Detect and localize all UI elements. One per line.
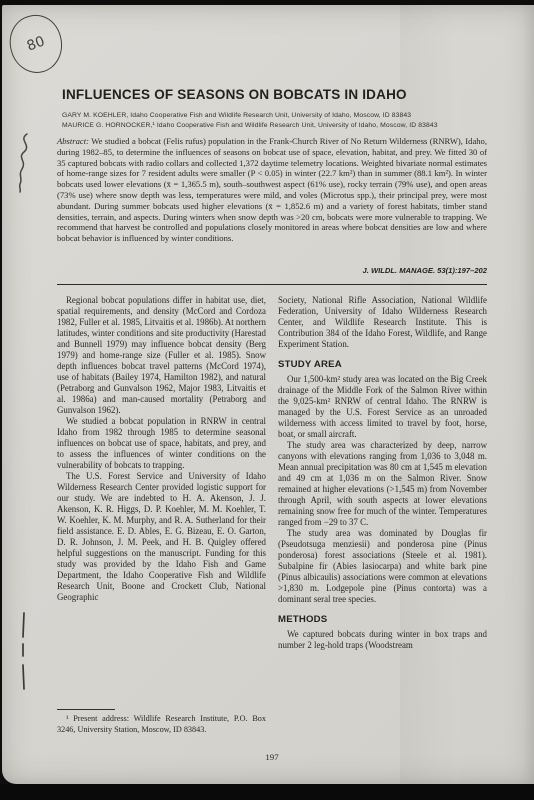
handwritten-number: 80 — [25, 33, 47, 54]
author-list: GARY M. KOEHLER, Idaho Cooperative Fish … — [62, 111, 502, 130]
right-column: Society, National Rifle Association, Nat… — [278, 295, 487, 735]
abstract-label: Abstract: — [57, 136, 89, 146]
margin-tick-mark — [16, 611, 32, 693]
paragraph: We studied a bobcat population in RNRW i… — [57, 416, 266, 471]
journal-citation: J. WILDL. MANAGE. 53(1):197–202 — [57, 266, 487, 275]
page-number: 197 — [57, 752, 487, 762]
paragraph: Our 1,500-km² study area was located on … — [278, 374, 487, 440]
section-heading-study-area: STUDY AREA — [278, 359, 487, 370]
divider-rule — [57, 284, 487, 285]
scan-edge-bottom — [0, 784, 534, 800]
paper-sheet: 80 INFLUENCES OF SEASONS ON BOBCATS IN I… — [2, 5, 534, 784]
scanned-page: 80 INFLUENCES OF SEASONS ON BOBCATS IN I… — [0, 0, 534, 800]
section-heading-methods: METHODS — [278, 614, 487, 625]
paragraph: The study area was dominated by Douglas … — [278, 528, 487, 605]
paragraph: Society, National Rifle Association, Nat… — [278, 295, 487, 350]
article-title: INFLUENCES OF SEASONS ON BOBCATS IN IDAH… — [62, 87, 502, 102]
article-body: Regional bobcat populations differ in ha… — [57, 295, 487, 735]
paragraph: Regional bobcat populations differ in ha… — [57, 295, 266, 416]
left-column: Regional bobcat populations differ in ha… — [57, 295, 266, 735]
author-line: MAURICE G. HORNOCKER,¹ Idaho Cooperative… — [62, 121, 502, 131]
margin-squiggle-mark — [14, 131, 36, 195]
abstract-text: We studied a bobcat (Felis rufus) popula… — [57, 136, 487, 243]
paragraph: The study area was characterized by deep… — [278, 440, 487, 528]
author-line: GARY M. KOEHLER, Idaho Cooperative Fish … — [62, 111, 502, 121]
handwritten-circle-mark: 80 — [4, 10, 68, 79]
footnote-block: ¹ Present address: Wildlife Research Ins… — [57, 709, 266, 735]
abstract: Abstract: We studied a bobcat (Felis ruf… — [57, 136, 487, 244]
paragraph: The U.S. Forest Service and University o… — [57, 471, 266, 603]
paragraph: We captured bobcats during winter in box… — [278, 629, 487, 651]
footnote: ¹ Present address: Wildlife Research Ins… — [57, 714, 266, 735]
footnote-rule — [57, 709, 115, 710]
